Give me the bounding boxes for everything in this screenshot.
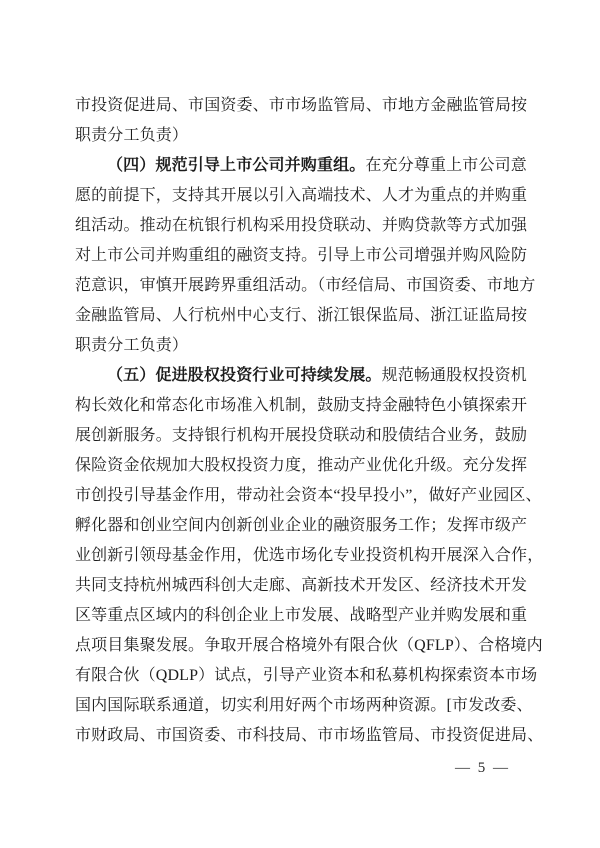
line-text: 保险资金依规加大股权投资力度，推动产业优化升级。充分发挥 xyxy=(75,457,527,474)
line-text: 构长效化和常态化市场准入机制，鼓励支持金融特色小镇探索开 xyxy=(75,397,527,414)
line-text: 国内国际联系通道，切实利用好两个市场两种资源。[市发改委、 xyxy=(75,697,533,714)
text-line: 构长效化和常态化市场准入机制，鼓励支持金融特色小镇探索开 xyxy=(75,391,531,421)
line-text: 有限合伙（QDLP）试点，引导产业资本和私募机构探索资本市场 xyxy=(75,667,537,684)
text-line: 范意识，审慎开展跨界重组活动。（市经信局、市国资委、市地方 xyxy=(75,271,531,301)
text-line: 市创投引导基金作用，带动社会资本“投早投小”，做好产业园区、 xyxy=(75,481,531,511)
text-line: 业创新引领母基金作用，优选市场化专业投资机构开展深入合作， xyxy=(75,541,531,571)
line-text: 市投资促进局、市国资委、市市场监管局、市地方金融监管局按 xyxy=(75,97,527,114)
text-line: 金融监管局、人行杭州中心支行、浙江银保监局、浙江证监局按 xyxy=(75,301,531,331)
text-line: 区等重点区域内的科创企业上市发展、战略型产业并购发展和重 xyxy=(75,601,531,631)
text-line-section-heading: （五）促进股权投资行业可持续发展。规范畅通股权投资机 xyxy=(75,361,531,391)
text-line: 组活动。推动在杭银行机构采用投贷联动、并购贷款等方式加强 xyxy=(75,211,531,241)
line-text: 对上市公司并购重组的融资支持。引导上市公司增强并购风险防 xyxy=(75,247,527,264)
line-text: 规范畅通股权投资机 xyxy=(382,367,527,384)
line-text: 业创新引领母基金作用，优选市场化专业投资机构开展深入合作， xyxy=(75,547,543,564)
line-text: 区等重点区域内的科创企业上市发展、战略型产业并购发展和重 xyxy=(75,607,527,624)
text-line: 点项目集聚发展。争取开展合格境外有限合伙（QFLP）、合格境内 xyxy=(75,631,531,661)
line-text: 点项目集聚发展。争取开展合格境外有限合伙（QFLP）、合格境内 xyxy=(75,637,543,654)
text-line: 市财政局、市国资委、市科技局、市市场监管局、市投资促进局、 xyxy=(75,721,531,751)
text-line: 有限合伙（QDLP）试点，引导产业资本和私募机构探索资本市场 xyxy=(75,661,531,691)
line-text: 职责分工负责） xyxy=(75,337,188,354)
text-line: 保险资金依规加大股权投资力度，推动产业优化升级。充分发挥 xyxy=(75,451,531,481)
section-heading-bold: （五）促进股权投资行业可持续发展。 xyxy=(107,367,382,384)
text-line-section-heading: （四）规范引导上市公司并购重组。在充分尊重上市公司意 xyxy=(75,151,531,181)
line-text: 孵化器和创业空间内创新创业企业的融资服务工作；发挥市级产 xyxy=(75,517,527,534)
text-line: 职责分工负责） xyxy=(75,331,531,361)
text-line: 展创新服务。支持银行机构开展投贷联动和股债结合业务，鼓励 xyxy=(75,421,531,451)
line-text: 共同支持杭州城西科创大走廊、高新技术开发区、经济技术开发 xyxy=(75,577,527,594)
section-heading-bold: （四）规范引导上市公司并购重组。 xyxy=(107,157,365,174)
text-line: 市投资促进局、市国资委、市市场监管局、市地方金融监管局按 xyxy=(75,91,531,121)
line-text: 市创投引导基金作用，带动社会资本“投早投小”，做好产业园区、 xyxy=(75,487,542,504)
text-line: 共同支持杭州城西科创大走廊、高新技术开发区、经济技术开发 xyxy=(75,571,531,601)
line-text: 在充分尊重上市公司意 xyxy=(365,157,527,174)
text-line: 孵化器和创业空间内创新创业企业的融资服务工作；发挥市级产 xyxy=(75,511,531,541)
line-text: 范意识，审慎开展跨界重组活动。（市经信局、市国资委、市地方 xyxy=(75,277,535,294)
line-text: 愿的前提下，支持其开展以引入高端技术、人才为重点的并购重 xyxy=(75,187,527,204)
line-text: 金融监管局、人行杭州中心支行、浙江银保监局、浙江证监局按 xyxy=(75,307,527,324)
line-text: 职责分工负责） xyxy=(75,127,188,144)
text-line: 职责分工负责） xyxy=(75,121,531,151)
line-text: 组活动。推动在杭银行机构采用投贷联动、并购贷款等方式加强 xyxy=(75,217,527,234)
text-line: 国内国际联系通道，切实利用好两个市场两种资源。[市发改委、 xyxy=(75,691,531,721)
text-line: 对上市公司并购重组的融资支持。引导上市公司增强并购风险防 xyxy=(75,241,531,271)
line-text: 展创新服务。支持银行机构开展投贷联动和股债结合业务，鼓励 xyxy=(75,427,527,444)
page-number: — 5 — xyxy=(455,760,510,777)
line-text: 市财政局、市国资委、市科技局、市市场监管局、市投资促进局、 xyxy=(75,727,543,744)
document-page: 市投资促进局、市国资委、市市场监管局、市地方金融监管局按 职责分工负责） （四）… xyxy=(0,0,600,848)
text-line: 愿的前提下，支持其开展以引入高端技术、人才为重点的并购重 xyxy=(75,181,531,211)
document-body: 市投资促进局、市国资委、市市场监管局、市地方金融监管局按 职责分工负责） （四）… xyxy=(75,91,531,751)
